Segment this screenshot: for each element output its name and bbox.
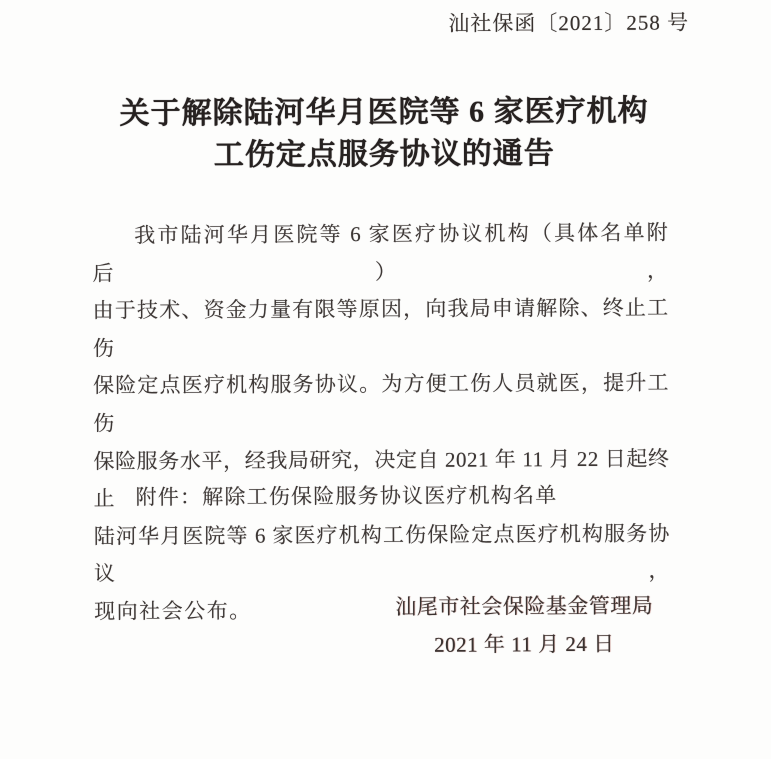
document-reference-number: 汕社保函〔2021〕258 号 (448, 9, 689, 36)
signature-block: 汕尾市社会保险基金管理局 2021 年 11 月 24 日 (395, 587, 653, 664)
scanned-document-page: 汕社保函〔2021〕258 号 关于解除陆河华月医院等 6 家医疗机构 工伤定点… (0, 0, 771, 759)
body-paragraph: 我市陆河华月医院等 6 家医疗协议机构（具体名单附后）， 由于技术、资金力量有限… (92, 215, 670, 632)
paragraph-line: 保险定点医疗机构服务协议。为方便工伤人员就医，提升工伤 (93, 365, 669, 443)
issue-date: 2021 年 11 月 24 日 (395, 625, 653, 664)
document-content: 汕社保函〔2021〕258 号 关于解除陆河华月医院等 6 家医疗机构 工伤定点… (0, 0, 771, 759)
attachment-reference: 附件：解除工伤保险服务协议医疗机构名单 (94, 475, 694, 516)
paragraph-line: 陆河华月医院等 6 家医疗机构工伤保险定点医疗机构服务协议， (94, 515, 670, 593)
document-title-line-2: 工伤定点服务协议的通告 (0, 132, 770, 178)
paragraph-line: 由于技术、资金力量有限等原因，向我局申请解除、终止工伤 (93, 290, 669, 368)
issuing-authority: 汕尾市社会保险基金管理局 (395, 587, 653, 626)
document-title-line-1: 关于解除陆河华月医院等 6 家医疗机构 (0, 90, 770, 136)
document-title: 关于解除陆河华月医院等 6 家医疗机构 工伤定点服务协议的通告 (0, 90, 770, 178)
paragraph-line: 我市陆河华月医院等 6 家医疗协议机构（具体名单附后）， (92, 215, 668, 293)
